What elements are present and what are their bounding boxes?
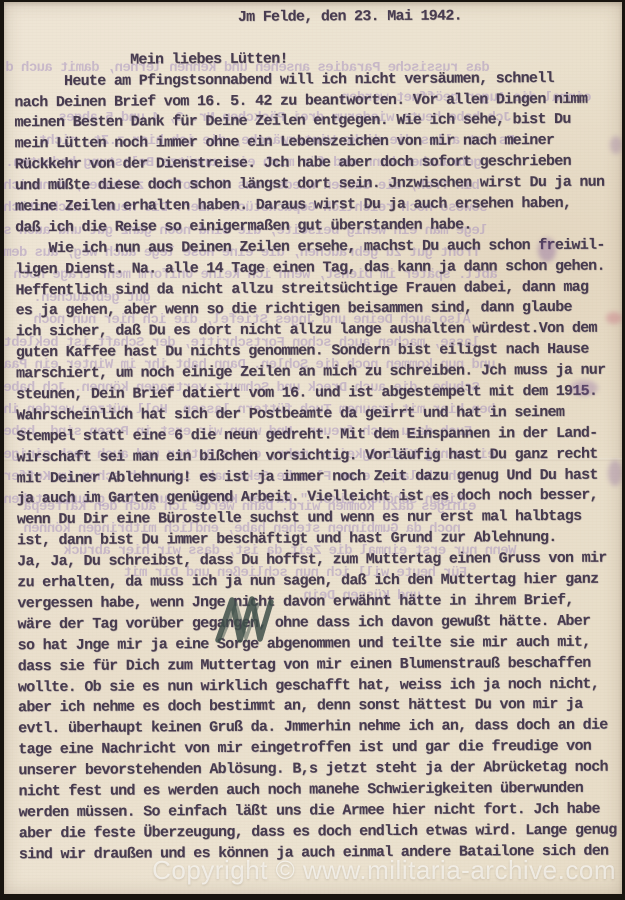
censor-scribble-mark (214, 594, 276, 650)
letter-body: Jm Felde, den 23. Mai 1942. Mein liebes … (14, 7, 621, 867)
paper: das russische Paradies ansehen und kenne… (4, 2, 622, 894)
scanned-letter-page: das russische Paradies ansehen und kenne… (0, 0, 625, 900)
letter-lines: Heute am Pfingstsonnabend will ich nicht… (14, 69, 621, 867)
watermark: Copyright © www.militaria-archive.com (152, 855, 616, 886)
